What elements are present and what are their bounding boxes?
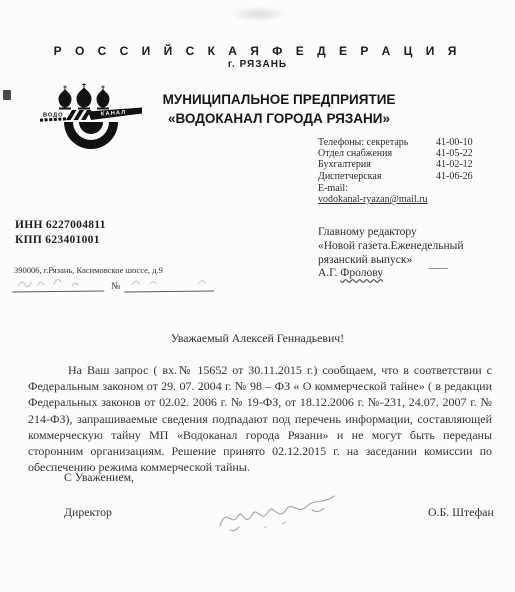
phone-value: 41-00-10 bbox=[436, 137, 496, 148]
recipient-line: рязанский выпуск» bbox=[318, 254, 508, 268]
header-city: г. РЯЗАНЬ bbox=[0, 59, 515, 70]
phone-row: Отдел снабжения 41-05-22 bbox=[318, 148, 503, 159]
handwritten-signature bbox=[212, 488, 362, 536]
organization-name: МУНИЦИПАЛЬНОЕ ПРЕДПРИЯТИЕ «ВОДОКАНАЛ ГОР… bbox=[146, 90, 412, 128]
recipient-name-line: А.Г. Фролову bbox=[318, 267, 508, 281]
phone-value: 41-02-12 bbox=[436, 159, 496, 170]
email-label: E-mail: bbox=[318, 183, 503, 194]
signer-title: Директор bbox=[64, 505, 112, 520]
phone-row: Бухгалтерия 41-02-12 bbox=[318, 159, 503, 170]
recipient-line: «Новой газета.Еженедельный bbox=[318, 240, 508, 254]
phone-value: 41-05-22 bbox=[436, 148, 496, 159]
contacts-block: Телефоны: секретарь 41-00-10 Отдел снабж… bbox=[318, 137, 503, 205]
requisites-block: ИНН 6227004811 КПП 623401001 bbox=[15, 218, 106, 247]
phone-label: Отдел снабжения bbox=[318, 148, 436, 159]
org-line2: «ВОДОКАНАЛ ГОРОДА РЯЗАНИ» bbox=[146, 109, 412, 128]
email-address: vodokanal-ryazan@mail.ru bbox=[318, 194, 427, 205]
org-line1: МУНИЦИПАЛЬНОЕ ПРЕДПРИЯТИЕ bbox=[146, 90, 412, 109]
recipient-line: Главному редактору bbox=[318, 226, 508, 240]
faint-handwriting bbox=[10, 272, 230, 294]
phone-label: Телефоны: секретарь bbox=[318, 137, 436, 148]
recipient-initials: А.Г. bbox=[318, 267, 340, 279]
signer-name: О.Б. Штефан bbox=[428, 505, 494, 520]
phone-label: Бухгалтерия bbox=[318, 159, 436, 170]
header-country: Р О С С И Й С К А Я Ф Е Д Е Р А Ц И Я bbox=[0, 44, 515, 58]
logo-text-vodo: ВОДО bbox=[43, 113, 64, 119]
letter-body: На Ваш запрос ( вх.№ 15652 от 30.11.2015… bbox=[28, 362, 492, 475]
recipient-block: Главному редактору «Новой газета.Еженеде… bbox=[318, 226, 508, 281]
scan-smudge bbox=[228, 6, 288, 22]
phone-value: 41-06-26 bbox=[436, 171, 496, 182]
scan-artifact bbox=[3, 90, 11, 100]
scanned-letter-page: Р О С С И Й С К А Я Ф Е Д Е Р А Ц И Я г.… bbox=[0, 0, 515, 592]
closing: С Уважением, bbox=[64, 470, 134, 485]
phone-row: Телефоны: секретарь 41-00-10 bbox=[318, 137, 503, 148]
inn-value: ИНН 6227004811 bbox=[15, 218, 106, 233]
recipient-surname: Фролову bbox=[340, 267, 383, 279]
phone-label: Диспетчерская bbox=[318, 171, 436, 182]
salutation: Уважаемый Алексей Геннадьевич! bbox=[0, 331, 515, 346]
phone-row: Диспетчерская 41-06-26 bbox=[318, 171, 503, 182]
kpp-value: КПП 623401001 bbox=[15, 233, 106, 248]
logo-text-kanal: КАНАЛ bbox=[101, 110, 127, 118]
vodokanal-logo-icon: КАНАЛ ВОДО bbox=[38, 82, 144, 160]
